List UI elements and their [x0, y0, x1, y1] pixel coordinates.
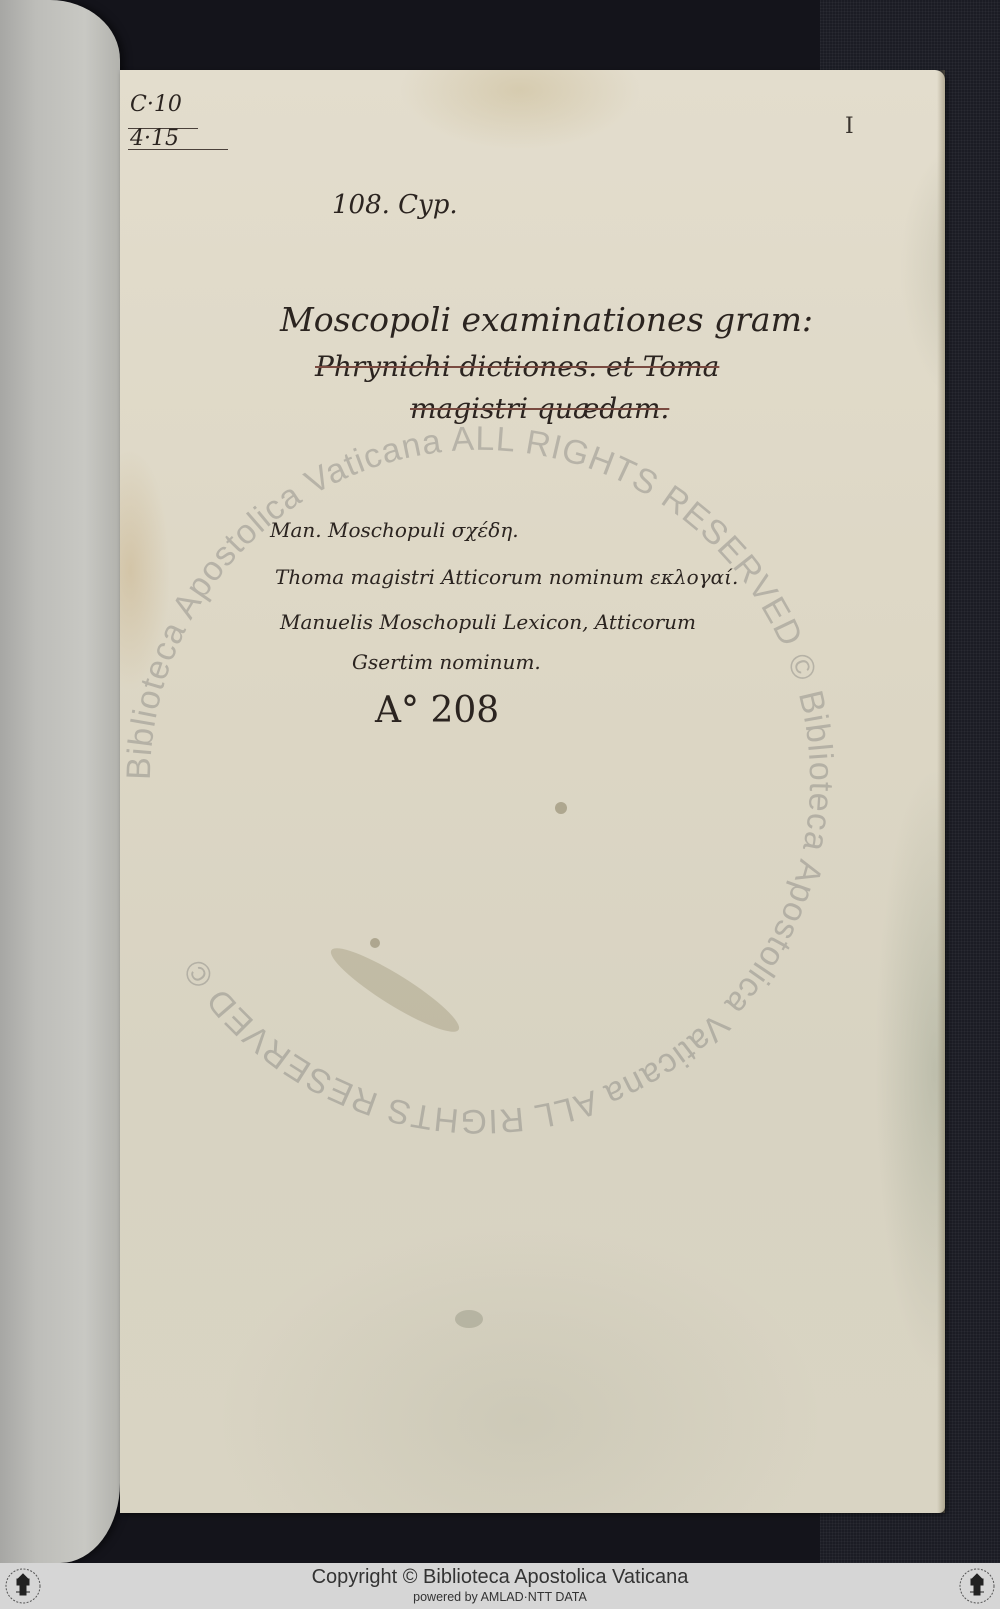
- powered-by-text: powered by AMLAD·NTT DATA: [0, 1589, 1000, 1605]
- stain-spot: [555, 802, 567, 814]
- vatican-library-logo-icon: [957, 1566, 997, 1606]
- contents-line-3: Manuelis Moschopuli Lexicon, Atticorum: [280, 610, 696, 634]
- struck-shelf-mark: 4·15: [130, 126, 179, 151]
- manuscript-scan: C·10 4·15 I 108. Cyp. Moscopoli examinat…: [0, 0, 1000, 1563]
- number-annotation: 108. Cyp.: [332, 190, 458, 220]
- shelfmark: A° 208: [375, 690, 499, 731]
- title-line-1: Moscopoli examinationes gram:: [280, 300, 813, 339]
- viewer-footer: Copyright © Biblioteca Apostolica Vatica…: [0, 1563, 1000, 1609]
- vatican-library-logo-icon: [3, 1566, 43, 1606]
- ink-spot: [370, 938, 380, 948]
- old-shelf-mark: C·10: [130, 92, 182, 117]
- stain-spot: [455, 1310, 483, 1328]
- facing-page-edge: [0, 0, 120, 1563]
- shelf-mark-strike: [128, 149, 228, 150]
- title-line-2-struck: Phrynichi dictiones. et Toma: [315, 350, 719, 383]
- stain-smear: [323, 938, 466, 1043]
- contents-line-1: Man. Moschopuli σχέδη.: [270, 518, 519, 542]
- manuscript-leaf: C·10 4·15 I 108. Cyp. Moscopoli examinat…: [120, 70, 945, 1513]
- title-line-3-struck: magistri quædam.: [410, 392, 669, 425]
- copyright-text: Copyright © Biblioteca Apostolica Vatica…: [0, 1563, 1000, 1589]
- contents-line-2: Thoma magistri Atticorum nominum εκλογαί…: [275, 565, 738, 589]
- contents-line-4: Gsertim nominum.: [352, 650, 541, 674]
- folio-number: I: [845, 114, 854, 139]
